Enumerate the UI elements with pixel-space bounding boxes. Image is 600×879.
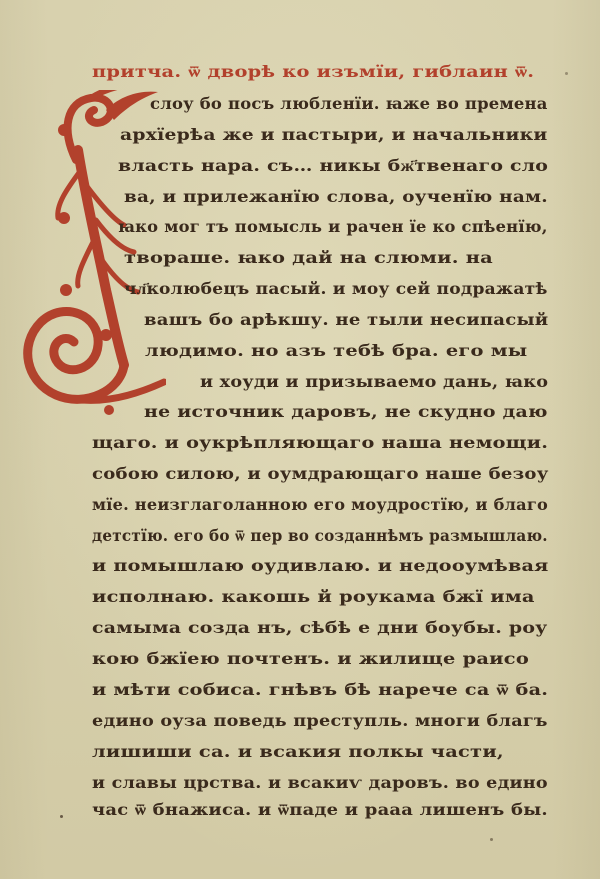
text-line: твораше. ꙗко дай на слюми. на [124,248,493,267]
text-line: архїерѣа же и пастыри, и начальники [120,125,548,144]
text-line: ва, и прилежанїю слова, оученїю нам. [124,187,548,206]
ink-blot [490,838,493,841]
text-line: кою бжїею почтенъ. и жилище раисо [92,649,529,668]
text-line: щаго. и оукрѣпляющаго наша немощи. [92,433,548,452]
text-line: мїе. неизглаголанною его моудростїю, и б… [92,495,548,514]
text-line: вашъ бо арѣкшу. не тыли несипасый [144,310,548,329]
text-line: час ѿ бнажиса. и ѿпаде и рааа лишенъ бы. [92,800,548,820]
text-line: людимо. но азъ тебѣ бра. его мы [145,341,527,360]
manuscript-page: притча. ѿ дворѣ ко изъмїи, гиблаин ѿ. сл… [0,0,600,879]
text-line: власть нара. съ… никы бж҃твенаго сло [118,156,548,176]
text-line: ꙗко мог тъ помысль и рачен їе ко спѣенїю… [118,217,548,236]
ink-blot [60,815,63,818]
heading-line: притча. ѿ дворѣ ко изъмїи, гиблаин ѿ. [92,62,534,82]
ink-blot [565,72,568,75]
text-line: самыма созда нъ, сѣбѣ е дни боубы. роу [92,618,548,637]
text-line: и мѣти собиса. гнѣвъ бѣ нарече са ѿ ба. [92,680,548,700]
text-line: и помышлаю оудивлаю. и недооумѣвая [92,556,549,575]
text-line: лишиши са. и всакия полкы части, [92,742,504,761]
text-line: детстїю. его бо ѿ пер во созданнѣмъ разм… [92,526,548,546]
text-line: слоу бо посъ любленїи. ꙗже во премена [150,94,548,113]
text-line: собою силою, и оумдрающаго наше безоу [92,464,549,483]
text-line: не источник даровъ, не скудно даю [144,402,548,421]
text-line: и хоуди и призываемо дань, ꙗко [200,372,548,391]
text-line: и славы црства. и всакиѵ даровъ. во един… [92,773,548,792]
text-line: чл҃колюбецъ пасый. и моу сей подражатѣ [124,279,548,299]
text-line: едино оуза поведь преступль. многи благъ [92,711,548,730]
text-line: исполнаю. какошь й роукама бжї има [92,587,535,606]
